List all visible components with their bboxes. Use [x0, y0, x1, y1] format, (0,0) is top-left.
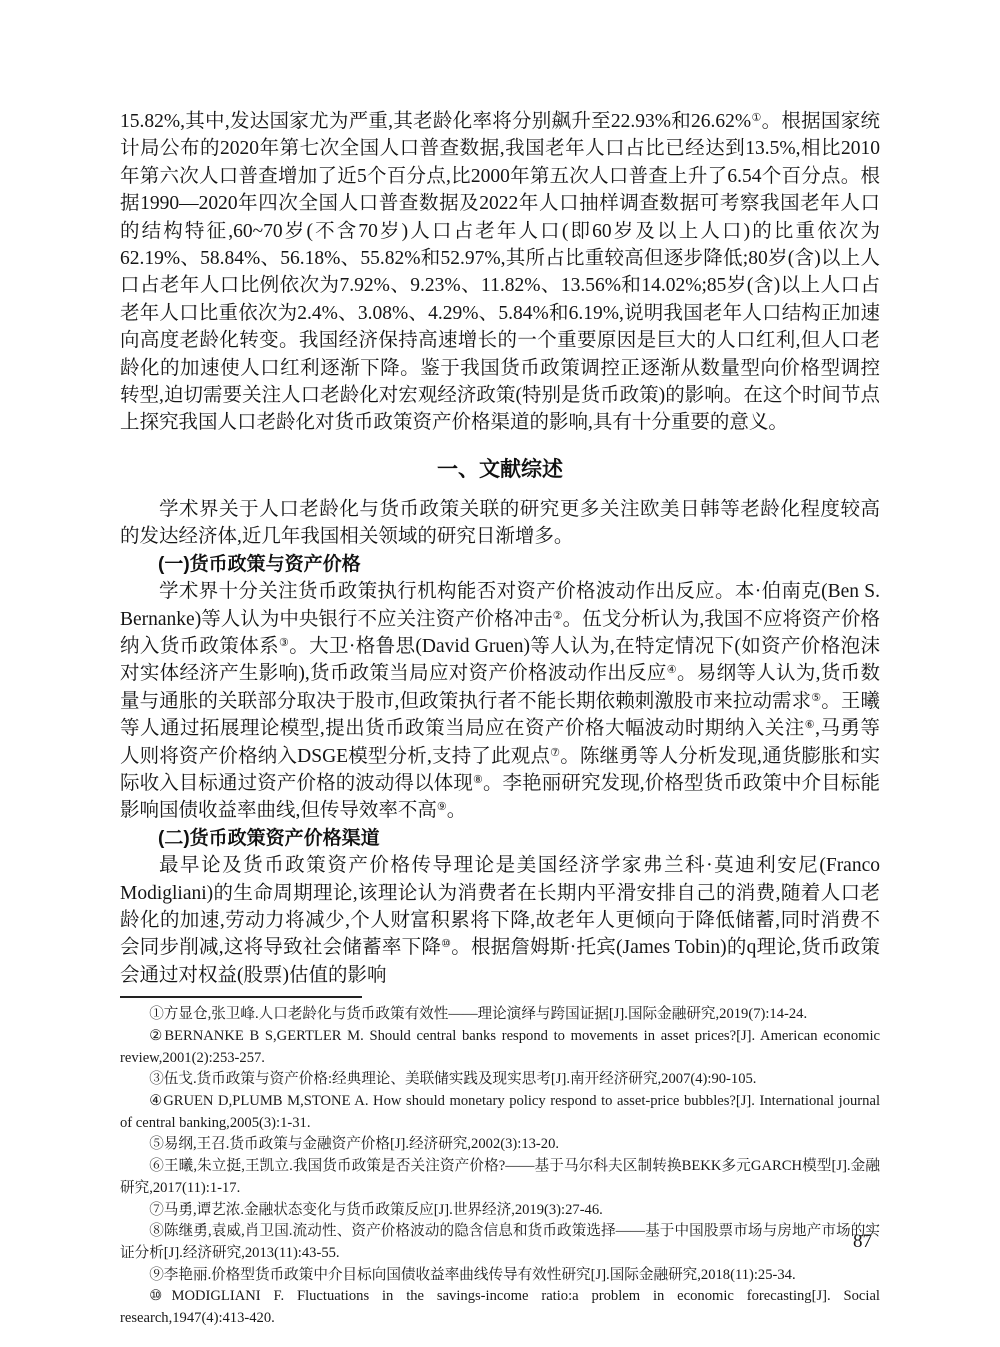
- section-lead-paragraph: 学术界关于人口老龄化与货币政策关联的研究更多关注欧美日韩等老龄化程度较高的发达经…: [120, 496, 880, 551]
- subsection-1-heading: (一)货币政策与资产价格: [120, 551, 880, 578]
- footnote-item: ③伍戈.货币政策与资产价格:经典理论、美联储实践及现实思考[J].南开经济研究,…: [120, 1069, 880, 1091]
- footnote-item: ①方显仓,张卫峰.人口老龄化与货币政策有效性——理论演绎与跨国证据[J].国际金…: [120, 1004, 880, 1026]
- footnote-item: ⑩MODIGLIANI F. Fluctuations in the savin…: [120, 1286, 880, 1329]
- footnote-item: ⑦马勇,谭艺浓.金融状态变化与货币政策反应[J].世界经济,2019(3):27…: [120, 1200, 880, 1222]
- document-page: 15.82%,其中,发达国家尤为严重,其老龄化率将分别飙升至22.93%和26.…: [0, 0, 1000, 1347]
- subsection-2-heading: (二)货币政策资产价格渠道: [120, 825, 880, 852]
- footnote-item: ⑤易纲,王召.货币政策与金融资产价格[J].经济研究,2002(3):13-20…: [120, 1134, 880, 1156]
- footnote-item: ⑧陈继勇,袁威,肖卫国.流动性、资产价格波动的隐含信息和货币政策选择——基于中国…: [120, 1221, 880, 1264]
- page-number: 87: [853, 1231, 872, 1253]
- section-heading: 一、文献综述: [120, 456, 880, 483]
- footnote-separator: [120, 996, 362, 998]
- footnotes: ①方显仓,张卫峰.人口老龄化与货币政策有效性——理论演绎与跨国证据[J].国际金…: [120, 996, 880, 1330]
- footnote-item: ④GRUEN D,PLUMB M,STONE A. How should mon…: [120, 1091, 880, 1134]
- article-body: 15.82%,其中,发达国家尤为严重,其老龄化率将分别飙升至22.93%和26.…: [120, 108, 880, 1330]
- footnote-item: ②BERNANKE B S,GERTLER M. Should central …: [120, 1026, 880, 1069]
- footnote-item: ⑨李艳丽.价格型货币政策中介目标向国债收益率曲线传导有效性研究[J].国际金融研…: [120, 1265, 880, 1287]
- paragraph-continued-from-previous-page: 15.82%,其中,发达国家尤为严重,其老龄化率将分别飙升至22.93%和26.…: [120, 108, 880, 437]
- subsection-2-paragraph: 最早论及货币政策资产价格传导理论是美国经济学家弗兰科·莫迪利安尼(Franco …: [120, 852, 880, 989]
- subsection-1-paragraph: 学术界十分关注货币政策执行机构能否对资产价格波动作出反应。本·伯南克(Ben S…: [120, 578, 880, 825]
- footnote-item: ⑥王曦,朱立挺,王凯立.我国货币政策是否关注资产价格?——基于马尔科夫区制转换B…: [120, 1156, 880, 1199]
